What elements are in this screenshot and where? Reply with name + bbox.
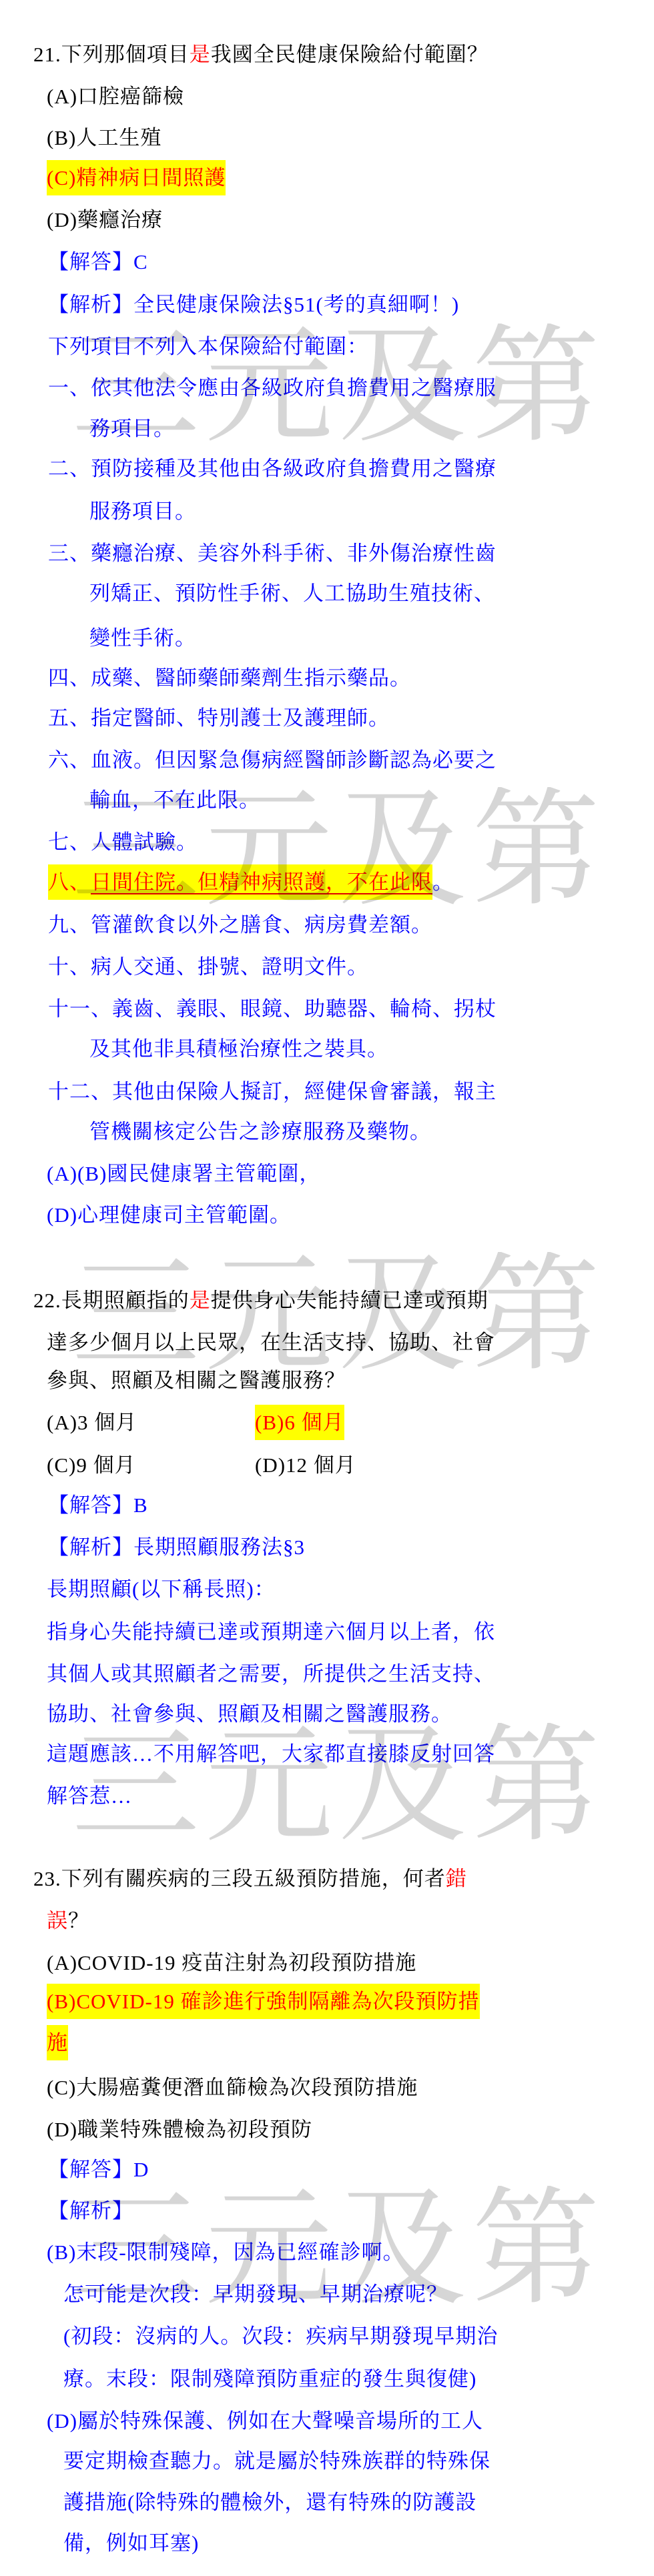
- analysis-line: 四、成藥、醫師藥師藥劑生指示藥品。: [48, 665, 411, 692]
- option-label: (B): [47, 1990, 76, 2013]
- analysis-label: 【解析】: [48, 2199, 133, 2222]
- analysis-line: 長期照顧(以下稱長照)：: [47, 1576, 276, 1603]
- option-text: 6 個月: [284, 1411, 344, 1434]
- q23-analysis-heading: 【解析】: [48, 2198, 133, 2224]
- analysis-line: 這題應該…不用解答吧，大家都直接膝反射回答: [47, 1741, 495, 1768]
- correct-option-highlight: (B)6 個月: [255, 1405, 344, 1440]
- exam-page: 21.下列那個項目是我國全民健康保險給付範圍？ (A)口腔癌篩檢 (B)人工生殖…: [0, 0, 654, 2576]
- analysis-line: 務項目。: [89, 416, 175, 442]
- stem-emphasis: 誤: [47, 1909, 68, 1932]
- option-label: (B): [47, 126, 76, 149]
- q21-answer: 【解答】C: [48, 249, 148, 275]
- option-label: (A): [47, 1951, 77, 1974]
- q21-option-d: (D)藥癮治療: [47, 207, 163, 233]
- analysis-line: 服務項目。: [89, 498, 196, 525]
- q23-option-b-wrap: 施: [47, 2030, 68, 2056]
- question-22-stem-line2: 達多少個月以上民眾，在生活支持、協助、社會: [47, 1329, 495, 1356]
- stem-text: 下列那個項目: [61, 43, 190, 66]
- question-21-stem: 21.下列那個項目是我國全民健康保險給付範圍？: [33, 41, 488, 68]
- analysis-line: 備，例如耳塞): [63, 2530, 199, 2557]
- q22-analysis-heading: 【解析】長期照顧服務法§3: [48, 1534, 305, 1561]
- analysis-line: 六、血液。但因緊急傷病經醫師診斷認為必要之: [48, 747, 497, 774]
- question-22-stem: 22.長期照顧指的是提供身心失能持續已達或預期: [33, 1287, 488, 1314]
- question-number: 21.: [33, 43, 61, 66]
- answer-value: B: [133, 1493, 148, 1517]
- option-text: 精神病日間照護: [76, 166, 226, 189]
- option-label: (B): [255, 1411, 284, 1434]
- question-23-stem: 23.下列有關疾病的三段五級預防措施，何者錯: [33, 1866, 467, 1892]
- analysis-line: 列矯正、預防性手術、人工協助生殖技術、: [89, 580, 495, 607]
- option-label: (D): [47, 208, 77, 231]
- q21-option-a: (A)口腔癌篩檢: [47, 83, 184, 110]
- option-text: 9 個月: [76, 1453, 135, 1477]
- analysis-line: 十二、其他由保險人擬訂，經健保會審議，報主: [48, 1079, 497, 1105]
- analysis-line: 療。末段：限制殘障預防重症的發生與復健): [63, 2366, 476, 2393]
- analysis-line: (D)屬於特殊保護、例如在大聲噪音場所的工人: [47, 2408, 483, 2435]
- q22-option-c: (C)9 個月: [47, 1452, 136, 1479]
- q22-option-b-correct: (B)6 個月: [255, 1409, 344, 1436]
- q22-options-row-1: (A)3 個月: [47, 1409, 137, 1436]
- analysis-line: 解答惹…: [47, 1783, 132, 1810]
- q22-option-d: (D)12 個月: [255, 1452, 356, 1479]
- option-text: 職業特殊體檢為初段預防: [77, 2118, 312, 2141]
- q23-option-d: (D)職業特殊體檢為初段預防: [47, 2116, 312, 2143]
- option-label: (A): [47, 1411, 77, 1434]
- answer-value: D: [133, 2158, 149, 2181]
- watermark: 三元及第: [71, 1252, 605, 1379]
- option-label: (D): [47, 2118, 77, 2141]
- stem-text: 長期照顧指的: [61, 1289, 190, 1312]
- analysis-line: 怎可能是次段：早期發現、早期治療呢？: [63, 2281, 448, 2308]
- correct-option-highlight: 施: [47, 2025, 68, 2060]
- option-label: (D): [255, 1453, 286, 1477]
- question-number: 23.: [33, 1867, 61, 1890]
- analysis-line: 九、管灌飲食以外之膳食、病房費差額。: [48, 912, 432, 938]
- analysis-line: (A)(B)國民健康署主管範圍，: [47, 1161, 320, 1187]
- option-label: (C): [47, 1453, 76, 1477]
- option-text: 藥癮治療: [77, 208, 163, 231]
- analysis-line: 一、依其他法令應由各級政府負擔費用之醫療服: [48, 375, 497, 402]
- analysis-line: 其個人或其照顧者之需要，所提供之生活支持、: [47, 1661, 495, 1688]
- stem-text: ？: [68, 1909, 89, 1932]
- option-text: 大腸癌糞便潛血篩檢為次段預防措施: [76, 2076, 418, 2099]
- analysis-line: (B)末段-限制殘障，因為已經確診啊。: [47, 2239, 404, 2266]
- answer-label: 【解答】: [48, 2158, 133, 2181]
- analysis-title: 全民健康保險法§51(考的真細啊！): [133, 293, 459, 316]
- correct-option-highlight: (C)精神病日間照護: [47, 160, 226, 195]
- stem-text: 下列有關疾病的三段五級預防措施，何者: [61, 1867, 446, 1890]
- analysis-line: 管機關核定公告之診療服務及藥物。: [89, 1119, 431, 1145]
- option-text: COVID-19 疫苗注射為初段預防措施: [77, 1951, 416, 1974]
- stem-text: 提供身心失能持續已達或預期: [211, 1289, 488, 1312]
- option-label: (A): [47, 85, 77, 108]
- analysis-line: (D)心理健康司主管範圍。: [47, 1202, 291, 1229]
- q23-option-a: (A)COVID-19 疫苗注射為初段預防措施: [47, 1950, 416, 1976]
- q22-answer: 【解答】B: [48, 1492, 148, 1519]
- analysis-line: 協助、社會參與、照顧及相關之醫護服務。: [47, 1701, 452, 1728]
- q22-option-a: (A)3 個月: [47, 1411, 137, 1434]
- analysis-line: 七、人體試驗。: [48, 829, 198, 856]
- q23-answer: 【解答】D: [48, 2156, 149, 2183]
- analysis-line: 下列項目不列入本保險給付範圍：: [48, 334, 368, 360]
- option-label: (C): [47, 166, 76, 189]
- analysis-line: (初段：沒病的人。次段：疾病早期發現早期治: [63, 2323, 498, 2350]
- answer-label: 【解答】: [48, 1493, 133, 1517]
- highlighted-exception-item: 八、日間住院。但精神病照護，不在此限。: [48, 869, 454, 896]
- q23-option-c: (C)大腸癌糞便潛血篩檢為次段預防措施: [47, 2074, 418, 2101]
- option-text: 3 個月: [77, 1411, 137, 1434]
- q21-option-b: (B)人工生殖: [47, 125, 161, 151]
- item-prefix: 八、: [48, 870, 91, 894]
- answer-value: C: [133, 250, 148, 273]
- analysis-line: 三、藥癮治療、美容外科手術、非外傷治療性齒: [48, 540, 497, 567]
- analysis-line: 二、預防接種及其他由各級政府負擔費用之醫療: [48, 456, 497, 482]
- option-text: COVID-19 確診進行強制隔離為次段預防措: [76, 1990, 479, 2013]
- analysis-line: 及其他非具積極治療性之裝具。: [89, 1036, 388, 1063]
- analysis-title: 長期照顧服務法§3: [133, 1535, 305, 1559]
- q23-option-b-correct: (B)COVID-19 確診進行強制隔離為次段預防措: [47, 1988, 480, 2015]
- option-text: 口腔癌篩檢: [77, 85, 184, 108]
- analysis-line: 五、指定醫師、特別護士及護理師。: [48, 705, 390, 732]
- question-22-stem-line3: 參與、照顧及相關之醫護服務？: [47, 1367, 346, 1394]
- question-number: 22.: [33, 1289, 61, 1312]
- item-suffix: 。: [432, 870, 454, 894]
- analysis-label: 【解析】: [48, 1535, 133, 1559]
- answer-label: 【解答】: [48, 250, 133, 273]
- analysis-line: 護措施(除特殊的體檢外，還有特殊的防護設: [63, 2489, 476, 2516]
- q21-option-c-correct: (C)精神病日間照護: [47, 165, 226, 191]
- analysis-line: 輸血，不在此限。: [89, 787, 260, 814]
- analysis-line: 要定期檢查聽力。就是屬於特殊族群的特殊保: [63, 2448, 490, 2475]
- option-label: (C): [47, 2076, 76, 2099]
- correct-option-highlight: (B)COVID-19 確診進行強制隔離為次段預防措: [47, 1984, 480, 2019]
- option-text: 人工生殖: [76, 126, 161, 149]
- option-text: 12 個月: [286, 1453, 356, 1477]
- stem-emphasis: 是: [190, 1289, 211, 1312]
- stem-emphasis: 錯: [446, 1867, 467, 1890]
- exception-highlight: 八、日間住院。但精神病照護，不在此限: [48, 864, 432, 900]
- analysis-line: 變性手術。: [89, 625, 196, 652]
- underlined-text: 日間住院。但精神病照護，不在此限: [91, 870, 432, 894]
- q21-analysis-heading: 【解析】全民健康保險法§51(考的真細啊！): [48, 291, 459, 318]
- analysis-label: 【解析】: [48, 293, 133, 316]
- stem-text: 我國全民健康保險給付範圍？: [211, 43, 488, 66]
- stem-emphasis: 是: [190, 43, 211, 66]
- analysis-line: 十一、義齒、義眼、眼鏡、助聽器、輪椅、拐杖: [48, 996, 497, 1023]
- analysis-line: 指身心失能持續已達或預期達六個月以上者，依: [47, 1619, 495, 1646]
- analysis-line: 十、病人交通、掛號、證明文件。: [48, 954, 368, 981]
- question-23-stem-line2: 誤？: [47, 1908, 89, 1934]
